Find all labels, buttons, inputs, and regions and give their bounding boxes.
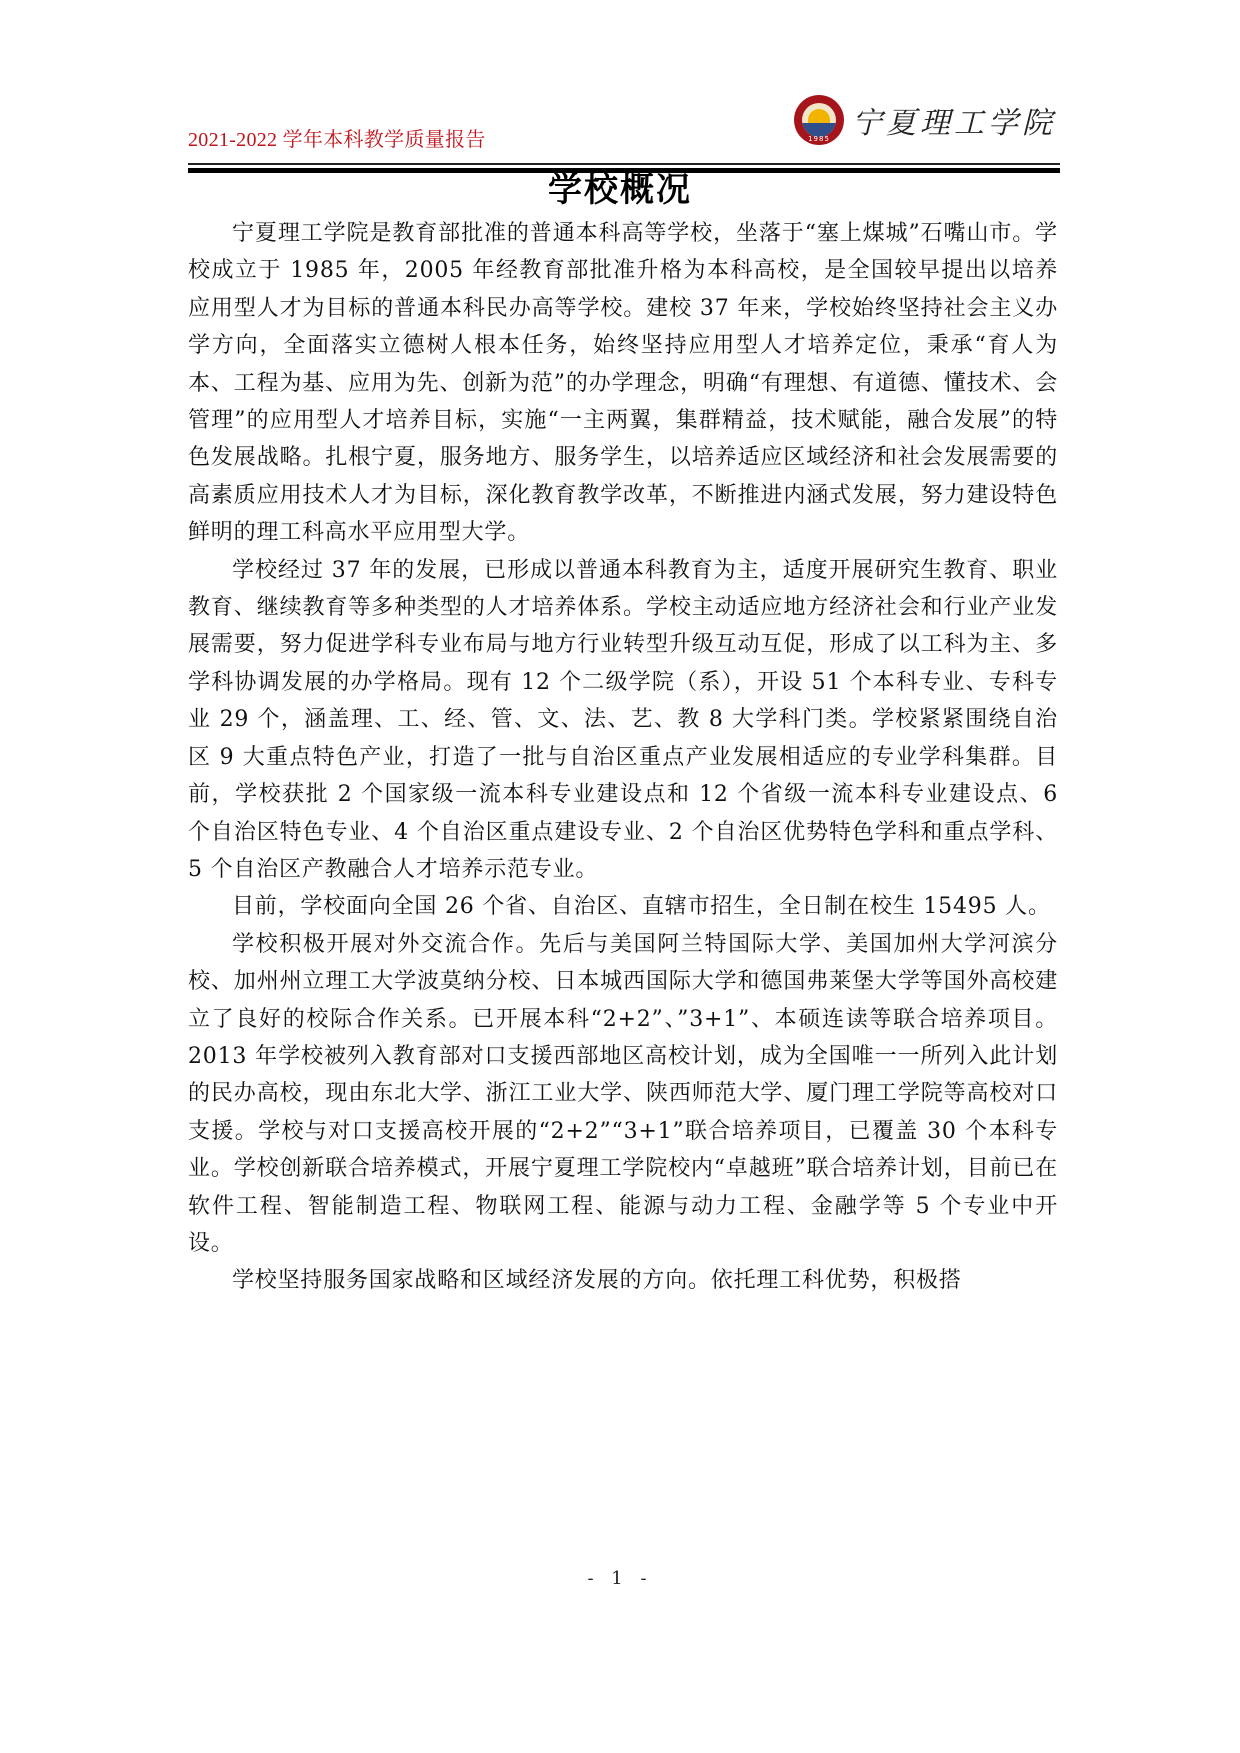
page-title: 学校概况 bbox=[0, 162, 1240, 211]
page-number: - 1 - bbox=[0, 1568, 1240, 1589]
page-header: 2021-2022 学年本科教学质量报告 1985 宁夏理工学院 bbox=[188, 92, 1060, 162]
university-logo: 1985 宁夏理工学院 bbox=[794, 90, 1056, 150]
emblem-year: 1985 bbox=[794, 135, 844, 143]
university-name-calligraphy: 宁夏理工学院 bbox=[852, 98, 1056, 142]
paragraph: 学校坚持服务国家战略和区域经济发展的方向。依托理工科优势，积极搭 bbox=[188, 1262, 1058, 1299]
paragraph: 宁夏理工学院是教育部批准的普通本科高等学校，坐落于“塞上煤城”石嘴山市。学校成立… bbox=[188, 215, 1058, 552]
report-title: 2021-2022 学年本科教学质量报告 bbox=[188, 123, 486, 152]
document-page: 2021-2022 学年本科教学质量报告 1985 宁夏理工学院 学校概况 宁夏… bbox=[0, 0, 1240, 1753]
paragraph: 目前，学校面向全国 26 个省、自治区、直辖市招生，全日制在校生 15495 人… bbox=[188, 888, 1058, 925]
body-text: 宁夏理工学院是教育部批准的普通本科高等学校，坐落于“塞上煤城”石嘴山市。学校成立… bbox=[188, 215, 1058, 1300]
university-emblem-icon: 1985 bbox=[794, 95, 844, 145]
paragraph: 学校积极开展对外交流合作。先后与美国阿兰特国际大学、美国加州大学河滨分校、加州州… bbox=[188, 926, 1058, 1263]
paragraph: 学校经过 37 年的发展，已形成以普通本科教育为主，适度开展研究生教育、职业教育… bbox=[188, 552, 1058, 889]
